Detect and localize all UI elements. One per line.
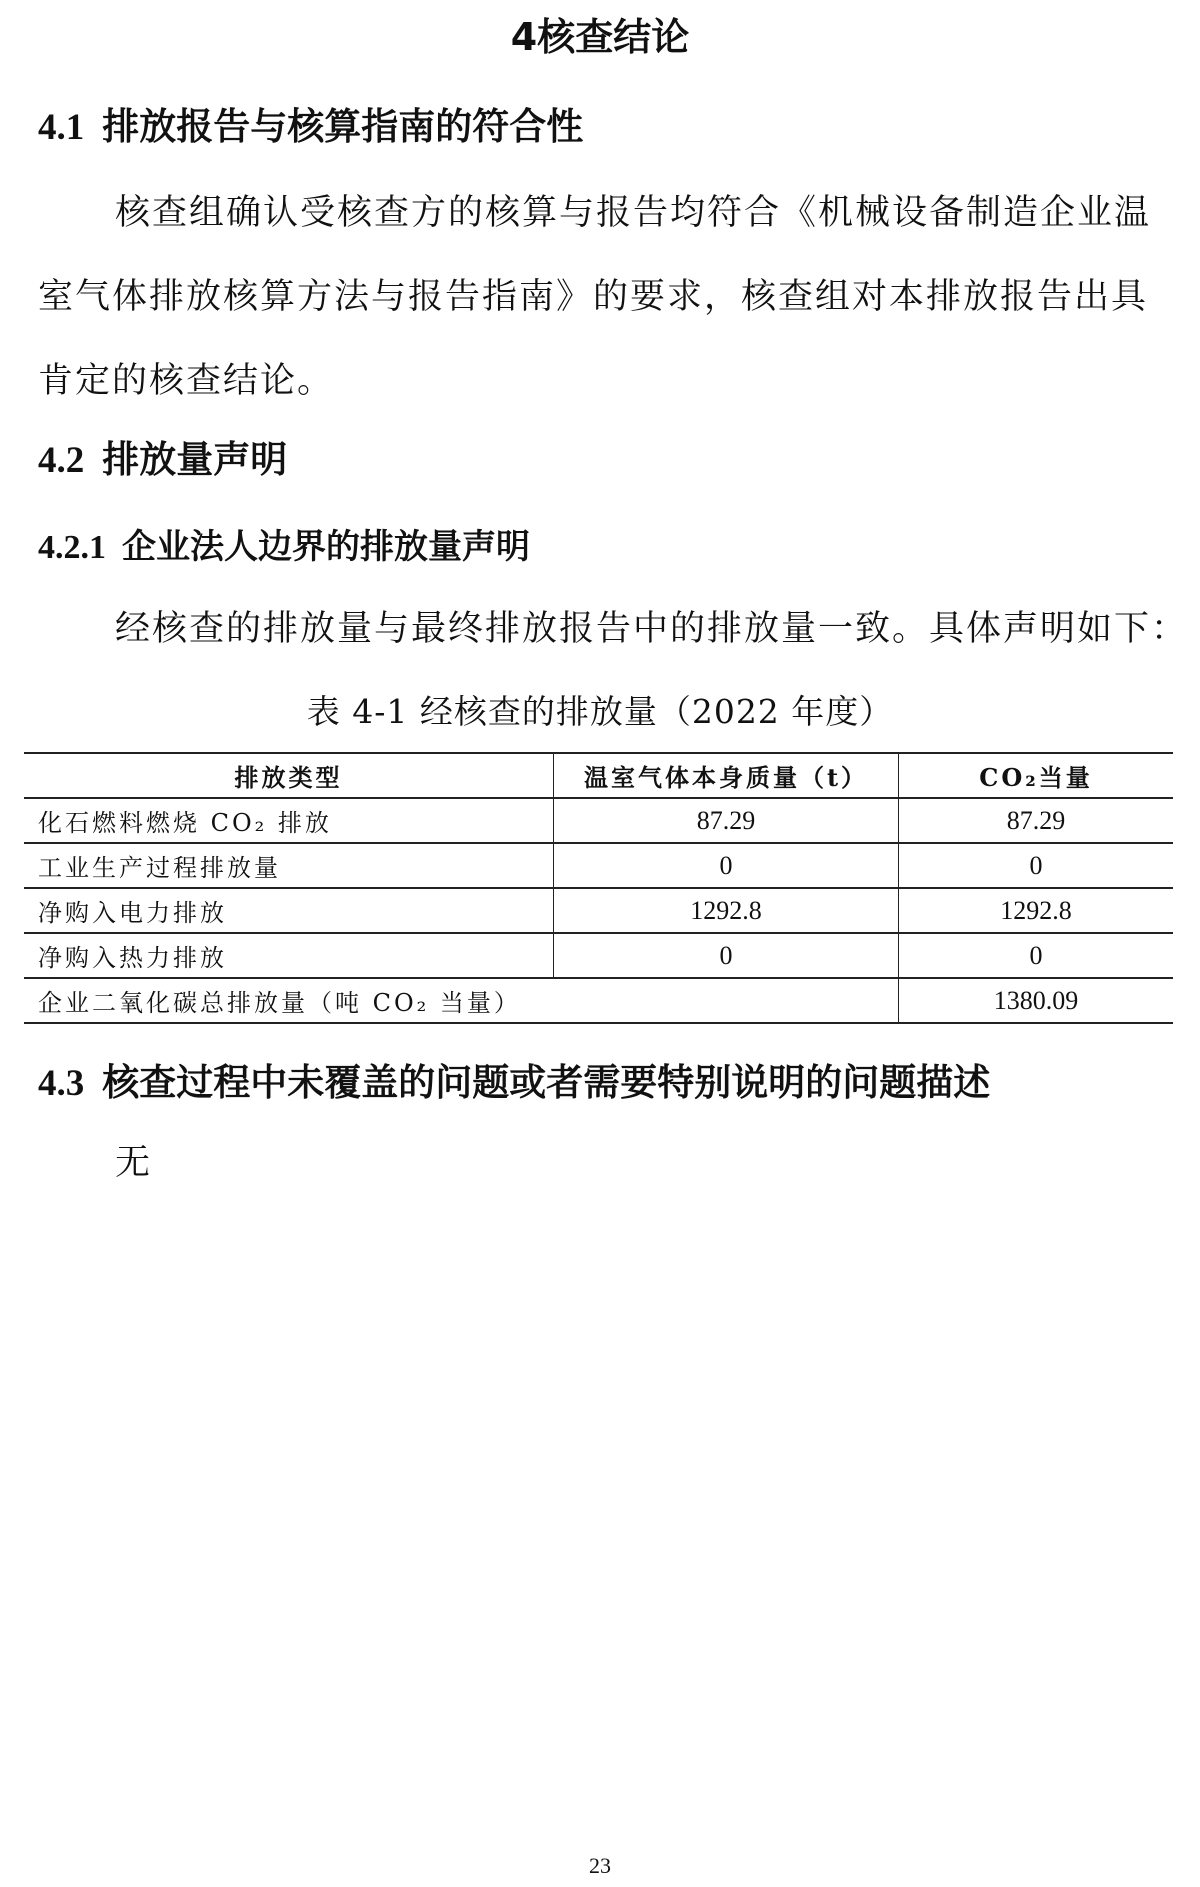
section-number: 4.1: [38, 107, 84, 148]
table-row: 化石燃料燃烧 CO₂ 排放 87.29 87.29: [24, 798, 1173, 843]
cell-type: 工业生产过程排放量: [24, 843, 554, 888]
section-heading-4-1: 4.1排放报告与核算指南的符合性: [38, 104, 583, 151]
cell-type: 化石燃料燃烧 CO₂ 排放: [24, 798, 554, 843]
table-total-row: 企业二氧化碳总排放量（吨 CO₂ 当量） 1380.09: [24, 978, 1173, 1023]
page-number: 23: [0, 1853, 1200, 1879]
table-row: 净购入热力排放 0 0: [24, 933, 1173, 978]
section-number: 4.2: [38, 440, 84, 481]
cell-total-label: 企业二氧化碳总排放量（吨 CO₂ 当量）: [24, 978, 899, 1023]
paragraph-4-1: 核查组确认受核查方的核算与报告均符合《机械设备制造企业温室气体排放核算方法与报告…: [38, 171, 1163, 423]
cell-co2e: 0: [899, 843, 1174, 888]
section-title: 排放报告与核算指南的符合性: [102, 105, 583, 148]
cell-type: 净购入电力排放: [24, 888, 554, 933]
cell-mass: 1292.8: [554, 888, 899, 933]
table-caption: 表 4-1 经核查的排放量（2022 年度）: [0, 690, 1200, 734]
paragraph-4-3: 无: [115, 1140, 152, 1186]
section-heading-4-2-1: 4.2.1企业法人边界的排放量声明: [38, 525, 530, 570]
section-title: 核查过程中未覆盖的问题或者需要特别说明的问题描述: [102, 1061, 990, 1104]
section-title: 排放量声明: [102, 438, 287, 481]
column-header-co2e: CO₂当量: [899, 753, 1174, 798]
paragraph-4-2-1: 经核查的排放量与最终排放报告中的排放量一致。具体声明如下：: [115, 606, 1188, 652]
cell-co2e: 87.29: [899, 798, 1174, 843]
cell-mass: 87.29: [554, 798, 899, 843]
cell-mass: 0: [554, 843, 899, 888]
section-number: 4.3: [38, 1063, 84, 1104]
column-header-mass: 温室气体本身质量（t）: [554, 753, 899, 798]
page-title: 4核查结论: [0, 14, 1200, 60]
table-row: 净购入电力排放 1292.8 1292.8: [24, 888, 1173, 933]
section-heading-4-2: 4.2排放量声明: [38, 437, 287, 484]
table-header-row: 排放类型 温室气体本身质量（t） CO₂当量: [24, 753, 1173, 798]
cell-total-value: 1380.09: [899, 978, 1174, 1023]
table-row: 工业生产过程排放量 0 0: [24, 843, 1173, 888]
cell-co2e: 0: [899, 933, 1174, 978]
cell-mass: 0: [554, 933, 899, 978]
section-heading-4-3: 4.3核查过程中未覆盖的问题或者需要特别说明的问题描述: [38, 1060, 990, 1107]
cell-co2e: 1292.8: [899, 888, 1174, 933]
column-header-type: 排放类型: [24, 753, 554, 798]
section-number: 4.2.1: [38, 529, 106, 566]
section-title: 企业法人边界的排放量声明: [122, 527, 530, 567]
emissions-table: 排放类型 温室气体本身质量（t） CO₂当量 化石燃料燃烧 CO₂ 排放 87.…: [24, 752, 1173, 1024]
cell-type: 净购入热力排放: [24, 933, 554, 978]
